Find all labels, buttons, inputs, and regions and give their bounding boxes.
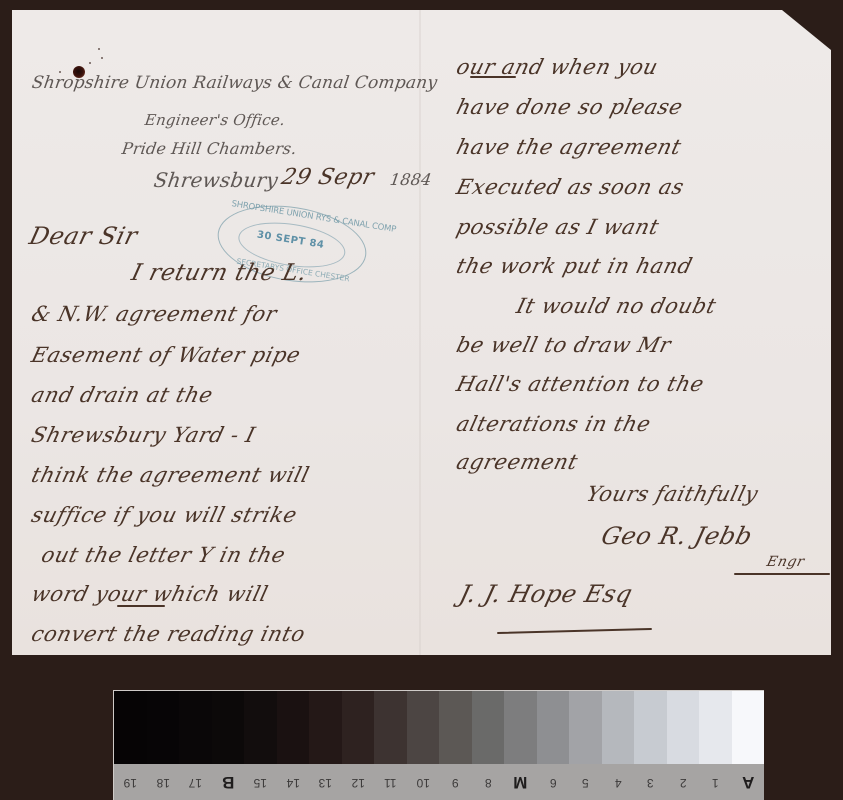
right-line-8: be well to draw Mr (454, 333, 674, 357)
underline-your (117, 605, 165, 607)
grey-patch-1 (699, 691, 732, 764)
grey-patch-19 (114, 691, 147, 764)
grey-patch-18 (147, 691, 180, 764)
right-line-7: It would no doubt (514, 294, 719, 318)
grey-patch-3 (634, 691, 667, 764)
grey-label: 5 (569, 764, 602, 800)
left-line-5: Shrewsbury Yard - I (29, 423, 258, 447)
underline-our (470, 76, 516, 78)
grey-patch-10 (407, 691, 440, 764)
grey-patch-17 (179, 691, 212, 764)
letter-year: 1884 (389, 170, 433, 189)
left-line-7: suffice if you will strike (29, 503, 300, 527)
grey-scale-patches (114, 691, 764, 764)
right-line-9: Hall's attention to the (454, 372, 707, 396)
grey-patch-2 (667, 691, 700, 764)
addressee: J. J. Hope Esq (457, 580, 636, 608)
grey-patch-8 (472, 691, 505, 764)
right-line-4: Executed as soon as (454, 175, 687, 199)
left-line-9: word your which will (29, 582, 271, 606)
page-fold (419, 10, 421, 655)
left-line-4: and drain at the (29, 383, 216, 407)
letterhead-company: Shropshire Union Railways & Canal Compan… (31, 73, 439, 93)
grey-label: 19 (114, 764, 147, 800)
grey-scale-target: 19 18 17 B 15 14 13 12 11 10 9 8 M 6 5 4… (113, 690, 764, 800)
grey-patch-4 (602, 691, 635, 764)
grey-patch-14 (277, 691, 310, 764)
left-line-2: & N.W. agreement for (29, 302, 280, 326)
grey-patch-b (212, 691, 245, 764)
grey-label: M (504, 764, 537, 800)
grey-label: 15 (244, 764, 277, 800)
grey-patch-12 (342, 691, 375, 764)
right-line-11: agreement (454, 450, 581, 474)
right-line-10: alterations in the (454, 412, 654, 436)
grey-label: 3 (634, 764, 667, 800)
ink-speck (101, 57, 103, 59)
grey-scale-labels: 19 18 17 B 15 14 13 12 11 10 9 8 M 6 5 4… (114, 764, 764, 800)
signature-suffix: Engr (765, 554, 806, 570)
grey-label: 14 (277, 764, 310, 800)
grey-label: 4 (602, 764, 635, 800)
grey-label: A (732, 764, 765, 800)
left-line-1: I return the L. (129, 260, 310, 286)
grey-patch-6 (537, 691, 570, 764)
grey-label: 2 (667, 764, 700, 800)
grey-label: 6 (537, 764, 570, 800)
grey-patch-9 (439, 691, 472, 764)
right-line-6: the work put in hand (454, 254, 695, 278)
left-line-6: think the agreement will (29, 463, 312, 487)
grey-label: 13 (309, 764, 342, 800)
grey-label: 18 (147, 764, 180, 800)
grey-label: 10 (407, 764, 440, 800)
grey-patch-a (732, 691, 765, 764)
ink-speck (98, 48, 100, 50)
grey-patch-15 (244, 691, 277, 764)
grey-patch-11 (374, 691, 407, 764)
grey-label: B (212, 764, 245, 800)
letterhead-address: Pride Hill Chambers. (121, 139, 298, 158)
ink-speck (89, 62, 91, 64)
right-line-3: have the agreement (454, 135, 684, 159)
right-line-2: have done so please (454, 95, 686, 119)
left-line-10: convert the reading into (29, 622, 308, 646)
letter-page: Shropshire Union Railways & Canal Compan… (12, 10, 831, 655)
grey-label: 11 (374, 764, 407, 800)
closing: Yours faithfully (584, 482, 761, 506)
grey-patch-13 (309, 691, 342, 764)
grey-label: 1 (699, 764, 732, 800)
signature-underline (734, 573, 830, 575)
addressee-flourish (497, 628, 652, 634)
letterhead-city: Shrewsbury (152, 168, 279, 192)
grey-patch-m (504, 691, 537, 764)
letter-date: 29 Sepr (279, 165, 377, 190)
grey-label: 12 (342, 764, 375, 800)
grey-label: 8 (472, 764, 505, 800)
letterhead-office: Engineer's Office. (144, 111, 287, 129)
grey-patch-5 (569, 691, 602, 764)
grey-label: 9 (439, 764, 472, 800)
signature: Geo R. Jebb (599, 522, 756, 550)
grey-label: 17 (179, 764, 212, 800)
left-line-3: Easement of Water pipe (29, 343, 303, 367)
left-line-8: out the letter Y in the (39, 543, 288, 567)
right-line-5: possible as I want (454, 215, 662, 239)
salutation: Dear Sir (27, 222, 141, 250)
